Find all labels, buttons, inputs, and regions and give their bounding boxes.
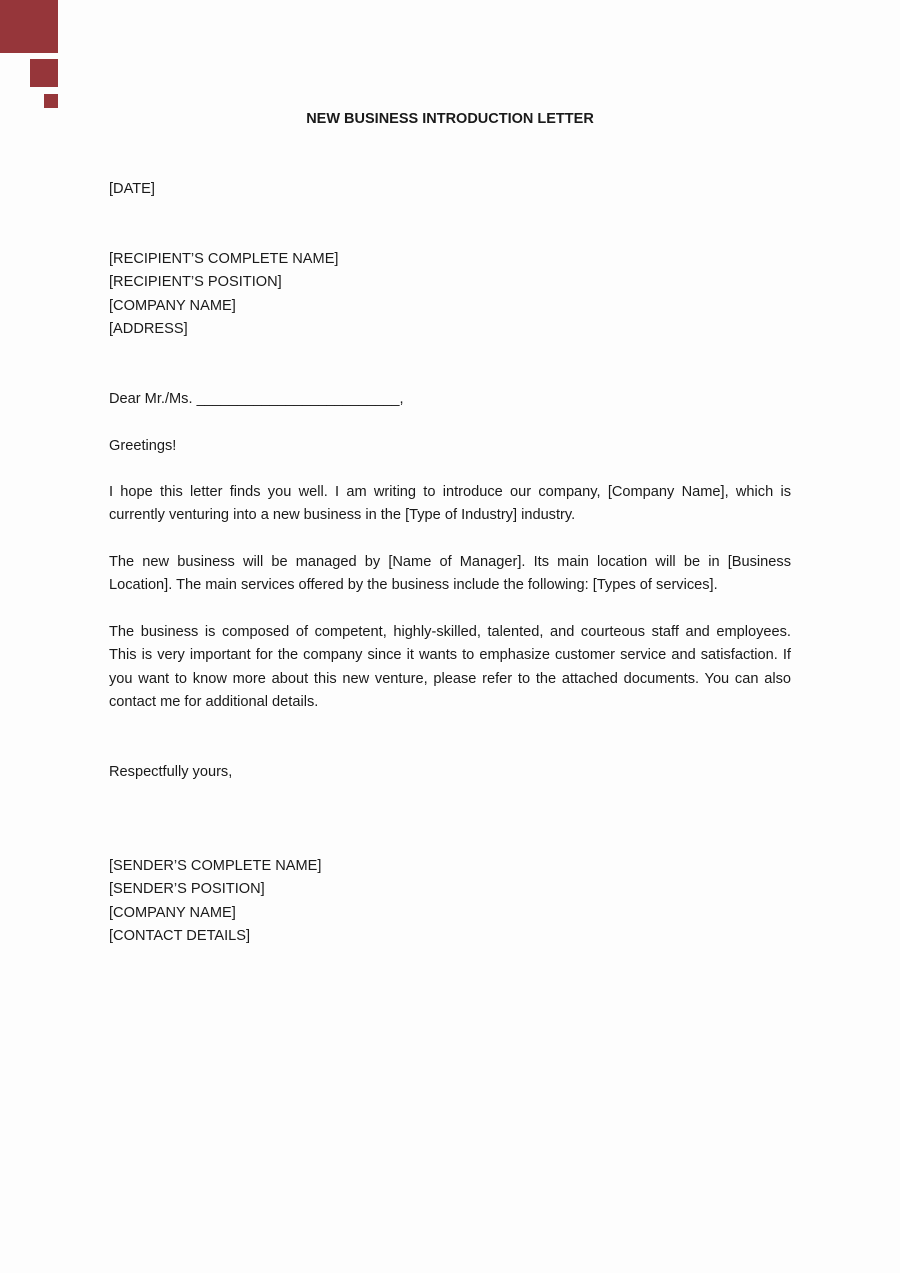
sender-position: [SENDER’S POSITION]: [109, 878, 791, 901]
decorative-square-medium: [30, 59, 58, 87]
decorative-square-large: [0, 0, 58, 53]
sender-block: [SENDER’S COMPLETE NAME] [SENDER’S POSIT…: [109, 855, 791, 948]
salutation: Dear Mr./Ms. _________________________,: [109, 388, 791, 411]
body-paragraph-staff: The business is composed of competent, h…: [109, 621, 791, 714]
body-paragraph-management: The new business will be managed by [Nam…: [109, 551, 791, 598]
letter-title: NEW BUSINESS INTRODUCTION LETTER: [0, 110, 900, 128]
date-placeholder: [DATE]: [109, 178, 791, 201]
body-paragraph-intro: I hope this letter finds you well. I am …: [109, 481, 791, 528]
sender-company: [COMPANY NAME]: [109, 902, 791, 925]
recipient-position: [RECIPIENT’S POSITION]: [109, 271, 791, 294]
recipient-address: [ADDRESS]: [109, 318, 791, 341]
decorative-square-small: [44, 94, 58, 108]
recipient-company: [COMPANY NAME]: [109, 295, 791, 318]
recipient-block: [RECIPIENT’S COMPLETE NAME] [RECIPIENT’S…: [109, 248, 791, 341]
sender-contact: [CONTACT DETAILS]: [109, 925, 791, 948]
sender-name: [SENDER’S COMPLETE NAME]: [109, 855, 791, 878]
recipient-name: [RECIPIENT’S COMPLETE NAME]: [109, 248, 791, 271]
greeting: Greetings!: [109, 435, 791, 458]
closing: Respectfully yours,: [109, 761, 791, 784]
